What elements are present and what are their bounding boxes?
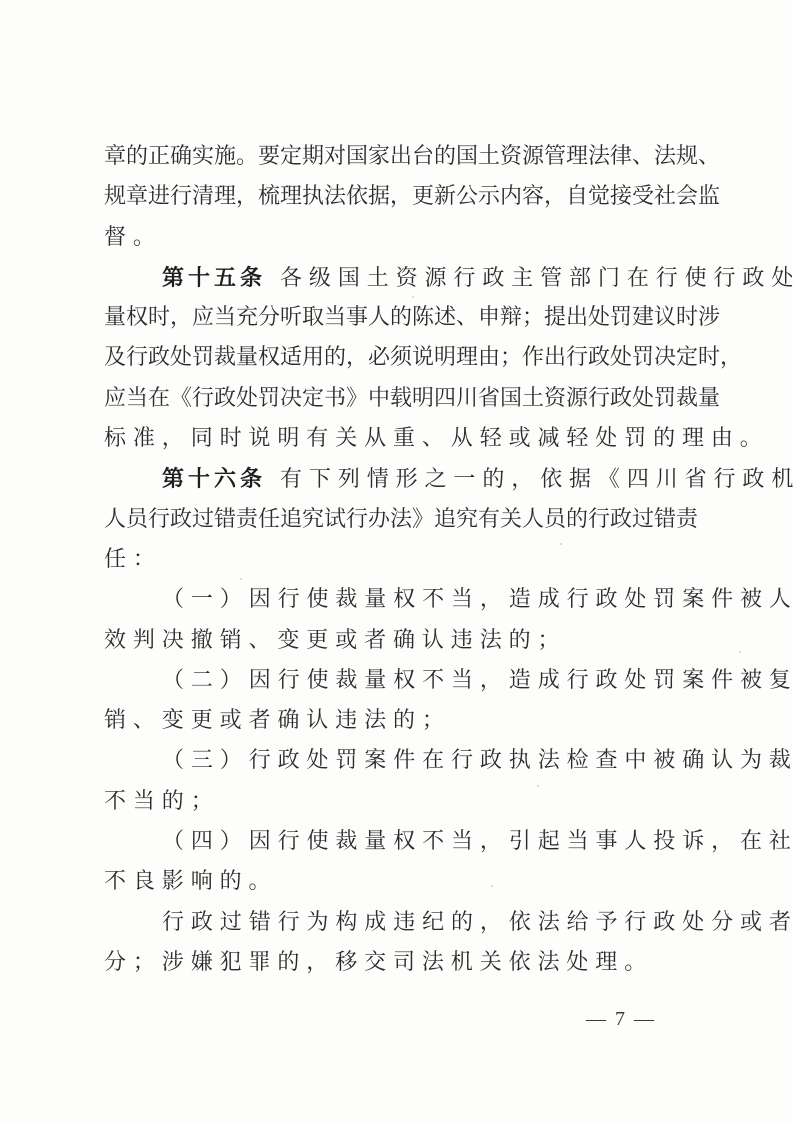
scan-speck xyxy=(240,578,242,580)
list-item-2: （二）因行使裁量权不当，造成行政处罚案件被复议机关撤 xyxy=(104,661,688,701)
text-line: 督。 xyxy=(104,218,688,258)
article-text: 有下列情形之一的，依据《四川省行政机关工作 xyxy=(280,467,793,492)
text-line: 不良影响的。 xyxy=(104,862,688,902)
article-16-line: 第十六条有下列情形之一的，依据《四川省行政机关工作 xyxy=(104,459,688,499)
text-line: 行政过错行为构成违纪的，依法给予行政处分或者纪律处 xyxy=(104,903,688,943)
article-15-line: 第十五条各级国土资源行政主管部门在行使行政处罚裁 xyxy=(104,258,688,298)
scan-speck xyxy=(739,651,741,653)
body-text: 章的正确实施。要定期对国家出台的国土资源管理法律、法规、 规章进行清理，梳理执法… xyxy=(104,137,688,983)
scan-speck xyxy=(560,543,562,545)
text-line: 分；涉嫌犯罪的，移交司法机关依法处理。 xyxy=(104,943,688,983)
document-page: 章的正确实施。要定期对国家出台的国土资源管理法律、法规、 规章进行清理，梳理执法… xyxy=(0,0,793,1122)
list-item-1: （一）因行使裁量权不当，造成行政处罚案件被人民法院生 xyxy=(104,580,688,620)
text-line: 销、变更或者确认违法的； xyxy=(104,701,688,741)
text-line: 不当的； xyxy=(104,782,688,822)
article-number: 第十六条 xyxy=(162,466,266,492)
text-line: 应当在《行政处罚决定书》中载明四川省国土资源行政处罚裁量 xyxy=(104,379,688,419)
list-item-3: （三）行政处罚案件在行政执法检查中被确认为裁量权行使 xyxy=(104,741,688,781)
article-number: 第十五条 xyxy=(162,265,266,291)
text-line: 规章进行清理，梳理执法依据，更新公示内容，自觉接受社会监 xyxy=(104,177,688,217)
scan-speck xyxy=(491,885,493,887)
list-item-4: （四）因行使裁量权不当，引起当事人投诉，在社会上造成 xyxy=(104,822,688,862)
text-line: 及行政处罚裁量权适用的，必须说明理由；作出行政处罚决定时， xyxy=(104,338,688,378)
scan-speck xyxy=(727,913,729,915)
text-line: 任： xyxy=(104,540,688,580)
scan-speck xyxy=(537,785,539,787)
page-number: — 7 — xyxy=(586,1008,656,1031)
text-line: 标准，同时说明有关从重、从轻或减轻处罚的理由。 xyxy=(104,419,688,459)
scan-speck xyxy=(412,296,414,298)
text-line: 章的正确实施。要定期对国家出台的国土资源管理法律、法规、 xyxy=(104,137,688,177)
article-text: 各级国土资源行政主管部门在行使行政处罚裁 xyxy=(280,266,793,291)
text-line: 量权时，应当充分听取当事人的陈述、申辩；提出处罚建议时涉 xyxy=(104,298,688,338)
text-line: 效判决撤销、变更或者确认违法的； xyxy=(104,621,688,661)
text-line: 人员行政过错责任追究试行办法》追究有关人员的行政过错责 xyxy=(104,500,688,540)
